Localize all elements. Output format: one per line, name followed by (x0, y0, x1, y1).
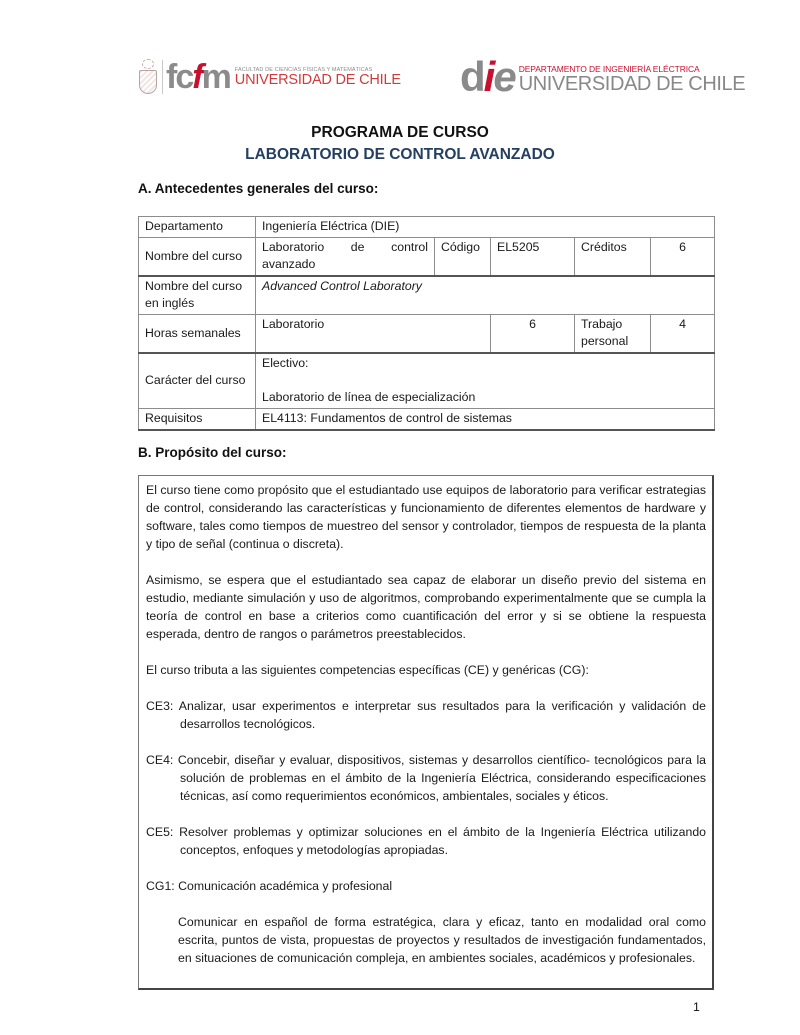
row-caracter: Carácter del curso Electivo: Laboratorio… (139, 353, 715, 409)
label-horas: Horas semanales (139, 315, 256, 354)
section-a-heading: A. Antecedentes generales del curso: (138, 181, 378, 196)
die-wordmark: die (460, 56, 515, 98)
die-university-name: UNIVERSIDAD DE CHILE (519, 74, 746, 94)
course-title: LABORATORIO DE CONTROL AVANZADO (0, 146, 800, 164)
value-departamento: Ingeniería Eléctrica (DIE) (256, 217, 715, 238)
row-nombre-ingles: Nombre del curso en inglés Advanced Cont… (139, 276, 715, 315)
value-codigo: EL5205 (491, 238, 575, 277)
value-nombre-ingles: Advanced Control Laboratory (256, 276, 715, 315)
fcfm-wordmark: fcfm (162, 60, 230, 94)
purpose-paragraph: El curso tiene como propósito que el est… (146, 481, 706, 553)
label-creditos: Créditos (575, 238, 651, 277)
section-b-heading: B. Propósito del curso: (138, 445, 287, 460)
fcfm-university-name: UNIVERSIDAD DE CHILE (235, 73, 401, 88)
label-departamento: Departamento (139, 217, 256, 238)
value-laboratorio-horas: 6 (491, 315, 575, 354)
page-number: 1 (693, 1000, 700, 1014)
competency-ce4: CE4: Concebir, diseñar y evaluar, dispos… (146, 751, 706, 805)
value-caracter: Electivo: Laboratorio de línea de especi… (256, 353, 715, 409)
purpose-paragraph: Asimismo, se espera que el estudiantado … (146, 571, 706, 643)
die-logo: die DEPARTAMENTO DE INGENIERÍA ELÉCTRICA… (460, 56, 745, 98)
competencies-intro: El curso tributa a las siguientes compet… (146, 661, 706, 679)
competency-ce5: CE5: Resolver problemas y optimizar solu… (146, 823, 706, 859)
value-trabajo-personal: 4 (651, 315, 715, 354)
label-trabajo-personal: Trabajo personal (575, 315, 651, 354)
purpose-box: El curso tiene como propósito que el est… (138, 475, 714, 990)
value-creditos: 6 (651, 238, 715, 277)
row-horas: Horas semanales Laboratorio 6 Trabajo pe… (139, 315, 715, 354)
label-codigo: Código (435, 238, 491, 277)
label-laboratorio: Laboratorio (256, 315, 491, 354)
document-title: PROGRAMA DE CURSO (0, 124, 800, 142)
row-nombre: Nombre del curso Laboratorio de controla… (139, 238, 715, 277)
label-caracter: Carácter del curso (139, 353, 256, 409)
competency-ce3: CE3: Analizar, usar experimentos e inter… (146, 697, 706, 733)
course-info-table: Departamento Ingeniería Eléctrica (DIE) … (138, 216, 715, 431)
university-crest-icon (137, 59, 159, 95)
value-nombre: Laboratorio de controlavanzado (256, 238, 435, 277)
row-requisitos: Requisitos EL4113: Fundamentos de contro… (139, 409, 715, 431)
label-requisitos: Requisitos (139, 409, 256, 431)
label-nombre: Nombre del curso (139, 238, 256, 277)
competency-cg1-description: Comunicar en español de forma estratégic… (146, 913, 706, 967)
fcfm-logo: fcfm FACULTAD DE CIENCIAS FÍSICAS Y MATE… (137, 57, 401, 97)
value-requisitos: EL4113: Fundamentos de control de sistem… (256, 409, 715, 431)
label-nombre-ingles: Nombre del curso en inglés (139, 276, 256, 315)
competency-cg1-title: CG1: Comunicación académica y profesiona… (146, 877, 706, 895)
row-departamento: Departamento Ingeniería Eléctrica (DIE) (139, 217, 715, 238)
